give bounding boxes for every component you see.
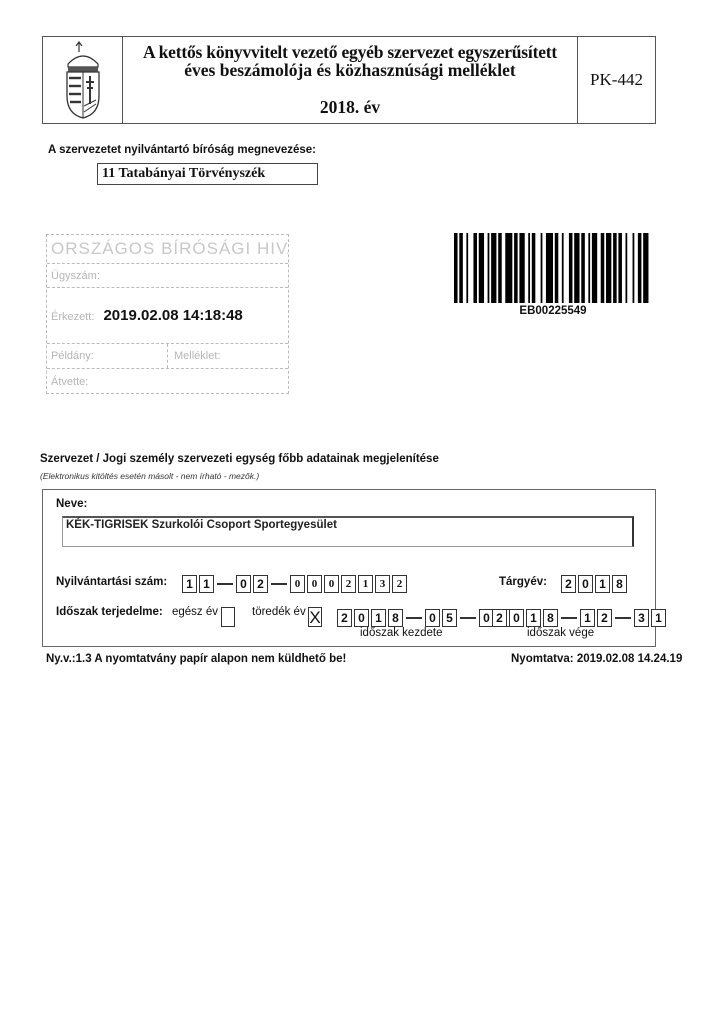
digit-cell: 8 bbox=[543, 609, 558, 627]
period-start-field: 20180507 bbox=[337, 609, 513, 627]
digit-cell: 0 bbox=[578, 575, 593, 593]
digit-cell: 0 bbox=[354, 609, 369, 627]
digit-cell: 1 bbox=[595, 575, 610, 593]
form-code: PK-442 bbox=[578, 37, 655, 123]
digit-cell: 0 bbox=[425, 609, 440, 627]
digit-cell: 0 bbox=[509, 609, 524, 627]
stamp-copies-row: Példány: Melléklet: bbox=[47, 344, 288, 369]
barcode-number: EB00225549 bbox=[452, 305, 654, 317]
stamp-received-label: Átvette: bbox=[47, 369, 288, 395]
section-title: Szervezet / Jogi személy szervezeti egys… bbox=[40, 453, 439, 465]
section-note: (Elektronikus kitöltés esetén másolt - n… bbox=[40, 471, 259, 481]
digit-cell: 2 bbox=[341, 575, 356, 593]
partial-year-label: töredék év bbox=[252, 606, 306, 618]
stamp-arrived-datetime: 2019.02.08 14:18:48 bbox=[103, 307, 242, 324]
whole-year-checkbox[interactable] bbox=[221, 607, 235, 627]
separator-dash bbox=[561, 617, 577, 619]
form-version-note: Ny.v.:1.3 A nyomtatvány papír alapon nem… bbox=[46, 653, 346, 665]
form-header: A kettős könyvvitelt vezető egyéb szerve… bbox=[42, 36, 656, 124]
registration-number-label: Nyilvántartási szám: bbox=[56, 576, 167, 588]
court-label: A szervezetet nyilvántartó bíróság megne… bbox=[48, 144, 316, 156]
stamp-copies-label: Példány: bbox=[51, 350, 94, 362]
registration-number-field: 11020002132 bbox=[182, 575, 409, 593]
name-label: Neve: bbox=[56, 498, 87, 510]
subject-year-field: 2018 bbox=[561, 575, 629, 593]
separator-dash bbox=[406, 617, 422, 619]
coat-of-arms-icon bbox=[43, 37, 123, 123]
title-line-1: A kettős könyvvitelt vezető egyéb szerve… bbox=[123, 43, 577, 61]
digit-cell: 1 bbox=[358, 575, 373, 593]
period-start-caption: időszak kezdete bbox=[360, 627, 442, 639]
form-title: A kettős könyvvitelt vezető egyéb szerve… bbox=[123, 37, 578, 123]
digit-cell: 1 bbox=[371, 609, 386, 627]
digit-cell: 3 bbox=[375, 575, 390, 593]
digit-cell: 1 bbox=[182, 575, 197, 593]
digit-cell: 5 bbox=[442, 609, 457, 627]
digit-cell: 2 bbox=[561, 575, 576, 593]
digit-cell: 2 bbox=[597, 609, 612, 627]
digit-cell: 1 bbox=[651, 609, 666, 627]
period-end-field: 20181231 bbox=[492, 609, 668, 627]
digit-cell: 2 bbox=[392, 575, 407, 593]
digit-cell: 1 bbox=[580, 609, 595, 627]
period-label: Időszak terjedelme: bbox=[56, 606, 163, 618]
digit-cell: 0 bbox=[324, 575, 339, 593]
stamp-case-number-label: Ügyszám: bbox=[47, 264, 288, 288]
stamp-arrived-row: Érkezett: 2019.02.08 14:18:48 bbox=[47, 288, 288, 344]
digit-cell: 8 bbox=[612, 575, 627, 593]
barcode-icon bbox=[452, 233, 654, 303]
digit-cell: 2 bbox=[253, 575, 268, 593]
print-timestamp: Nyomtatva: 2019.02.08 14.24.19 bbox=[511, 653, 682, 665]
separator-dash bbox=[615, 617, 631, 619]
period-end-caption: időszak vége bbox=[527, 627, 594, 639]
digit-cell: 1 bbox=[199, 575, 214, 593]
digit-cell: 2 bbox=[492, 609, 507, 627]
separator-dash bbox=[271, 583, 287, 585]
digit-cell: 0 bbox=[307, 575, 322, 593]
whole-year-label: egész év bbox=[172, 606, 218, 618]
digit-cell: 0 bbox=[290, 575, 305, 593]
court-field: 11 Tatabányai Törvényszék bbox=[97, 163, 318, 185]
digit-cell: 1 bbox=[526, 609, 541, 627]
stamp-attachment-label: Melléklet: bbox=[167, 344, 220, 368]
organization-name-field: KÉK-TIGRISEK Szurkolói Csoport Sportegye… bbox=[62, 516, 634, 547]
separator-dash bbox=[217, 583, 233, 585]
separator-dash bbox=[460, 617, 476, 619]
receipt-stamp: ORSZÁGOS BÍRÓSÁGI HIVATAL G. Ügyszám: Ér… bbox=[46, 234, 289, 394]
stamp-office: ORSZÁGOS BÍRÓSÁGI HIVATAL G. bbox=[47, 235, 288, 264]
subject-year-label: Tárgyév: bbox=[499, 576, 547, 588]
form-year: 2018. év bbox=[123, 97, 577, 118]
stamp-arrived-label: Érkezett: bbox=[51, 311, 94, 323]
digit-cell: 0 bbox=[236, 575, 251, 593]
digit-cell: 3 bbox=[634, 609, 649, 627]
digit-cell: 8 bbox=[388, 609, 403, 627]
title-line-2: éves beszámolója és közhasznúsági mellék… bbox=[123, 61, 577, 79]
partial-year-checkbox[interactable]: X bbox=[308, 607, 322, 627]
digit-cell: 2 bbox=[337, 609, 352, 627]
